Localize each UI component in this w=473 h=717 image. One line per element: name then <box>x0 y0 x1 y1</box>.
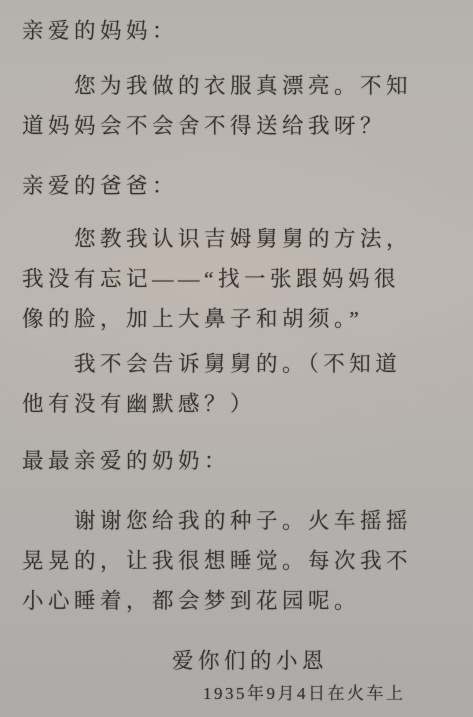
paragraph-line: 谢谢您给我的种子。火车摇摇 <box>22 501 455 541</box>
paragraph-line: 您教我认识吉姆舅舅的方法， <box>22 219 455 259</box>
paragraph-to-father-2: 我不会告诉舅舅的。（不知道 他有没有幽默感？） <box>22 344 455 424</box>
paragraph-to-grandma: 谢谢您给我的种子。火车摇摇 晃晃的，让我很想睡觉。每次我不 小心睡着，都会梦到花… <box>22 501 455 621</box>
paragraph-line: 我没有忘记——“找一张跟妈妈很 <box>22 259 455 299</box>
letter-page: 亲爱的妈妈： 您为我做的衣服真漂亮。不知 道妈妈会不会舍不得送给我呀？ 亲爱的爸… <box>0 0 473 717</box>
closing-block: 爱你们的小恩 1935年9月4日在火车上 <box>22 643 455 709</box>
paragraph-line: 您为我做的衣服真漂亮。不知 <box>22 66 455 106</box>
salutation-father: 亲爱的爸爸： <box>22 166 455 206</box>
dateline: 1935年9月4日在火车上 <box>203 679 455 709</box>
paragraph-to-mother: 您为我做的衣服真漂亮。不知 道妈妈会不会舍不得送给我呀？ <box>22 66 455 146</box>
paragraph-line: 他有没有幽默感？） <box>22 384 455 424</box>
signature-line: 爱你们的小恩 <box>172 643 455 679</box>
paragraph-line: 晃晃的，让我很想睡觉。每次我不 <box>22 541 455 581</box>
paragraph-line: 我不会告诉舅舅的。（不知道 <box>22 344 455 384</box>
paragraph-to-father: 您教我认识吉姆舅舅的方法， 我没有忘记——“找一张跟妈妈很 像的脸，加上大鼻子和… <box>22 219 455 339</box>
salutation-line: 亲爱的妈妈： <box>22 11 455 51</box>
paragraph-line: 道妈妈会不会舍不得送给我呀？ <box>22 106 455 146</box>
salutation-line: 最最亲爱的奶奶： <box>22 441 455 481</box>
paragraph-line: 小心睡着，都会梦到花园呢。 <box>22 581 455 621</box>
salutation-mother: 亲爱的妈妈： <box>22 11 455 51</box>
salutation-grandma: 最最亲爱的奶奶： <box>22 441 455 481</box>
salutation-line: 亲爱的爸爸： <box>22 166 455 206</box>
paragraph-line: 像的脸，加上大鼻子和胡须。” <box>22 299 455 339</box>
